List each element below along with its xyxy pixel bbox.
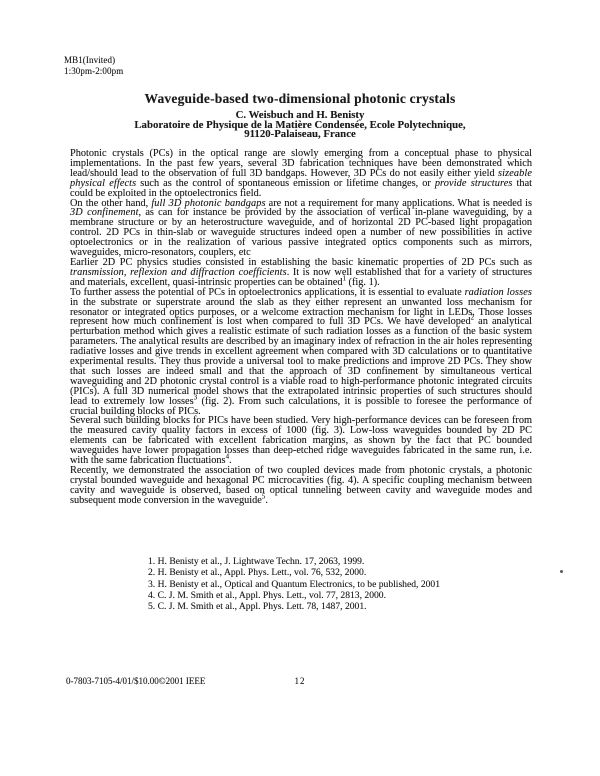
- abstract-paragraph: Recently, we demonstrated the associatio…: [70, 466, 532, 506]
- abstract-paragraph: Photonic crystals (PCs) in the optical r…: [70, 149, 532, 199]
- page-footer: 0-7803-7105-4/01/$10.00©2001 IEEE 12: [0, 676, 600, 690]
- reference-list: 1. H. Benisty et al., J. Lightwave Techn…: [148, 556, 440, 612]
- body-text: Photonic crystals (PCs) in the optical r…: [70, 148, 532, 179]
- body-text: Recently, we demonstrated the associatio…: [70, 465, 532, 506]
- reference-item: 4. C. J. M. Smith et al., Appl. Phys. Le…: [148, 590, 440, 601]
- emphasized-text: provide structures: [435, 178, 513, 189]
- reference-item: 1. H. Benisty et al., J. Lightwave Techn…: [148, 556, 440, 567]
- reference-item: 2. H. Benisty et al., Appl. Phys. Lett.,…: [148, 567, 440, 578]
- reference-item: 5. C. J. M. Smith et al., Appl. Phys. Le…: [148, 601, 440, 612]
- authors-block: C. Weisbuch and H. Benisty Laboratoire d…: [0, 111, 600, 140]
- body-text: an analytical perturbation method which …: [70, 316, 532, 406]
- body-text: .: [265, 495, 268, 506]
- body-text: in the substrate or superstrate around t…: [70, 297, 532, 328]
- paper-title: Waveguide-based two-dimensional photonic…: [0, 91, 600, 107]
- body-text: , as can for instance be provided by the…: [70, 207, 532, 258]
- abstract-body: Photonic crystals (PCs) in the optical r…: [70, 149, 532, 506]
- paper-page: MB1(Invited) 1:30pm-2:00pm Waveguide-bas…: [0, 0, 600, 776]
- scan-artifact-dot: [560, 570, 563, 573]
- page-number: 12: [0, 676, 600, 686]
- abstract-paragraph: To further assess the potential of PCs i…: [70, 288, 532, 417]
- abstract-paragraph: On the other hand, full 3D photonic band…: [70, 199, 532, 258]
- session-info: MB1(Invited) 1:30pm-2:00pm: [64, 55, 123, 77]
- session-code: MB1(Invited): [64, 55, 123, 66]
- abstract-paragraph: Several such building blocks for PICs ha…: [70, 416, 532, 466]
- reference-item: 3. H. Benisty et al., Optical and Quantu…: [148, 579, 440, 590]
- session-time: 1:30pm-2:00pm: [64, 66, 123, 77]
- affiliation-line-2: 91120-Palaiseau, France: [0, 130, 600, 140]
- abstract-paragraph: Earlier 2D PC physics studies consisted …: [70, 258, 532, 288]
- body-text: Several such building blocks for PICs ha…: [70, 415, 532, 466]
